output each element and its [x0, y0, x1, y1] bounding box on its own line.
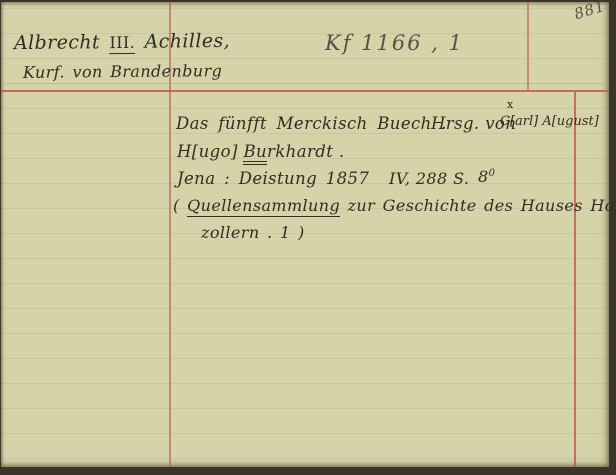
entry-imprint: Jena : Deistung 1857 — [177, 169, 369, 189]
green-horizontal-rule — [1, 83, 609, 84]
entry-editor-forenames: C[arl] A[ugust] — [500, 114, 599, 130]
editor-surname-rest: rkhardt . — [267, 142, 345, 161]
corner-sequence-number: 881 — [572, 0, 608, 23]
entry-format-octavo: 80 — [478, 167, 495, 186]
shelfmark-call-number: Kf 1166 , 1 — [325, 31, 464, 56]
red-vertical-rule-top-right — [527, 2, 529, 90]
series-open-paren: ( — [173, 196, 187, 215]
editor-surname-underlined-part: Bu — [243, 142, 267, 165]
catalog-card: 881 Kf 1166 , 1 Albrecht III. Achilles, … — [1, 2, 609, 467]
entry-series-line1: ( Quellensammlung zur Geschichte des Hau… — [173, 196, 616, 215]
format-superscript: 0 — [489, 168, 495, 179]
heading-author-name: Albrecht III. Achilles, — [14, 30, 230, 55]
series-title-underlined: Quellensammlung — [187, 196, 340, 217]
entry-title: Das fünfft Merckisch Buech . — [176, 114, 447, 134]
entry-editor-surname-line: H[ugo] Burkhardt . — [177, 142, 345, 162]
entry-pagination: IV, 288 S. — [389, 169, 469, 188]
series-tail: zur Geschichte des Hauses Hohen- — [340, 196, 616, 215]
heading-author-title: Kurf. von Brandenburg — [23, 61, 222, 82]
author-roman-numeral: III. — [109, 33, 135, 54]
entry-series-line2: zollern . 1 ) — [201, 223, 305, 242]
author-name-pre: Albrecht — [14, 31, 110, 54]
red-horizontal-rule — [1, 90, 609, 92]
editor-forename-abbr: H[ugo] — [177, 142, 243, 161]
scanned-catalog-card-photo: { "card": { "corner_number": "881", "cal… — [0, 0, 616, 475]
editor-x-mark: x — [507, 98, 514, 111]
red-vertical-rule-bottom-right — [574, 92, 576, 467]
format-number: 8 — [478, 167, 489, 186]
author-name-post: Achilles, — [135, 30, 230, 53]
